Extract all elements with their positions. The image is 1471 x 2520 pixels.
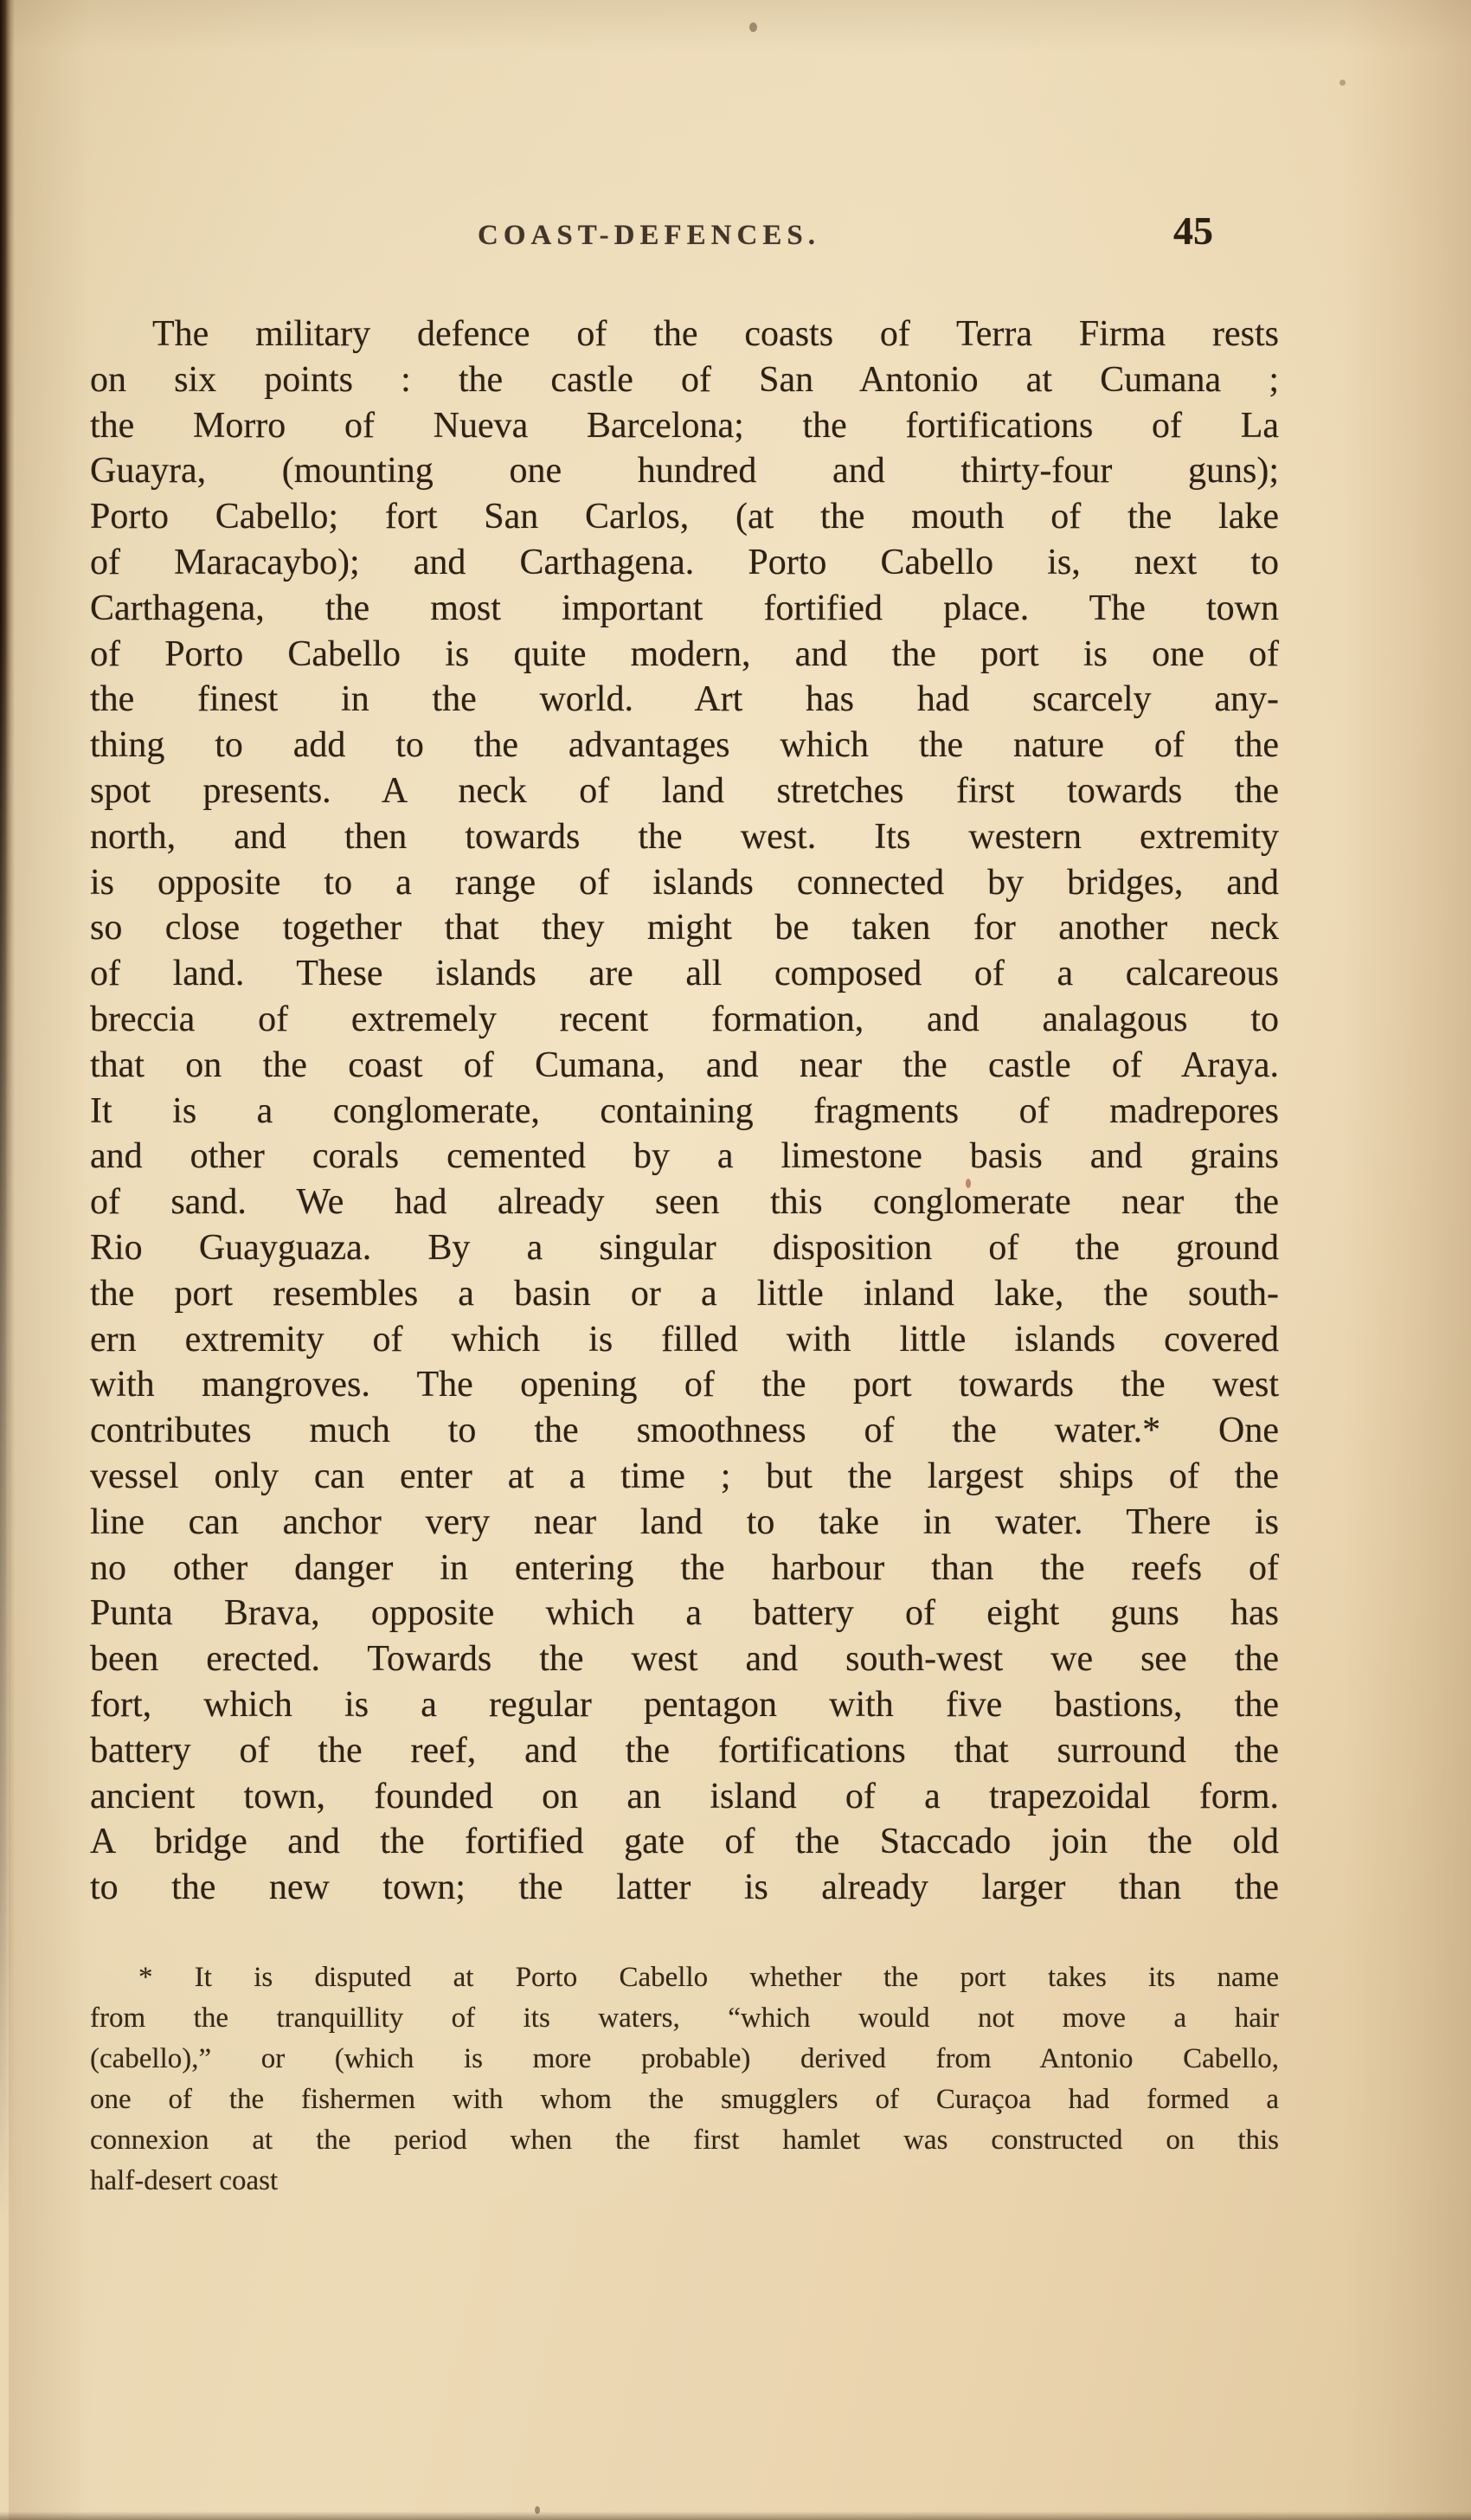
body-line: Carthagena, the most important fortified…: [90, 586, 1279, 632]
body-line: battery of the reef, and the fortificati…: [90, 1728, 1279, 1774]
body-line: with mangroves. The opening of the port …: [90, 1362, 1279, 1408]
body-line: and other corals cemented by a limestone…: [90, 1134, 1279, 1180]
body-line: is opposite to a range of islands connec…: [90, 860, 1279, 906]
footnote-line: (cabello),” or (which is more probable) …: [90, 2039, 1279, 2080]
page-number: 45: [1173, 208, 1213, 254]
body-line: A bridge and the fortified gate of the S…: [90, 1819, 1279, 1865]
ink-speck: [535, 2506, 540, 2514]
footnote-line: * It is disputed at Porto Cabello whethe…: [90, 1957, 1279, 1998]
body-line: fort, which is a regular pentagon with f…: [90, 1682, 1279, 1728]
body-line: the finest in the world. Art has had sca…: [90, 677, 1279, 723]
footnote-line: half-desert coast: [90, 2161, 1279, 2202]
body-line: vessel only can enter at a time ; but th…: [90, 1454, 1279, 1500]
body-line: north, and then towards the west. Its we…: [90, 814, 1279, 860]
body-line: been erected. Towards the west and south…: [90, 1636, 1279, 1682]
body-text: The military defence of the coasts of Te…: [90, 312, 1279, 1911]
scan-edge-bottom: [0, 2511, 1471, 2520]
body-line: ancient town, founded on an island of a …: [90, 1774, 1279, 1820]
body-line: thing to add to the advantages which the…: [90, 723, 1279, 768]
body-line: that on the coast of Cumana, and near th…: [90, 1043, 1279, 1089]
body-line: ern extremity of which is filled with li…: [90, 1317, 1279, 1363]
footnote: * It is disputed at Porto Cabello whethe…: [90, 1957, 1279, 2202]
body-line: the Morro of Nueva Barcelona; the fortif…: [90, 403, 1279, 449]
body-line: Rio Guayguaza. By a singular disposition…: [90, 1225, 1279, 1271]
page-curve-shading: [1341, 0, 1471, 2520]
body-line: spot presents. A neck of land stretches …: [90, 768, 1279, 814]
body-line: of land. These islands are all composed …: [90, 951, 1279, 997]
red-ink-speck: [966, 1179, 971, 1188]
body-line: to the new town; the latter is already l…: [90, 1865, 1279, 1911]
ink-speck: [1339, 80, 1346, 86]
body-line: line can anchor very near land to take i…: [90, 1500, 1279, 1546]
body-line: The military defence of the coasts of Te…: [90, 312, 1279, 357]
body-line: Guayra, (mounting one hundred and thirty…: [90, 448, 1279, 494]
footnote-line: from the tranquillity of its waters, “wh…: [90, 1998, 1279, 2039]
ink-speck: [749, 22, 757, 32]
gutter-shading: [9, 0, 91, 2520]
body-line: Porto Cabello; fort San Carlos, (at the …: [90, 494, 1279, 540]
top-vignette-shading: [0, 0, 1471, 52]
body-line: so close together that they might be tak…: [90, 905, 1279, 951]
running-title: COAST-DEFENCES.: [433, 220, 865, 252]
body-line: breccia of extremely recent formation, a…: [90, 997, 1279, 1043]
body-line: contributes much to the smoothness of th…: [90, 1408, 1279, 1454]
body-line: of Porto Cabello is quite modern, and th…: [90, 632, 1279, 678]
book-page: COAST-DEFENCES. 45 The military defence …: [0, 0, 1471, 2520]
body-line: of Maracaybo); and Carthagena. Porto Cab…: [90, 540, 1279, 586]
body-line: It is a conglomerate, containing fragmen…: [90, 1089, 1279, 1135]
footnote-line: connexion at the period when the first h…: [90, 2120, 1279, 2161]
body-line: Punta Brava, opposite which a battery of…: [90, 1591, 1279, 1636]
scan-edge-left: [0, 0, 15, 2224]
body-line: the port resembles a basin or a little i…: [90, 1271, 1279, 1317]
body-line: no other danger in entering the harbour …: [90, 1546, 1279, 1591]
body-line: of sand. We had already seen this conglo…: [90, 1180, 1279, 1225]
footnote-line: one of the fishermen with whom the smugg…: [90, 2080, 1279, 2120]
body-line: on six points : the castle of San Antoni…: [90, 357, 1279, 403]
